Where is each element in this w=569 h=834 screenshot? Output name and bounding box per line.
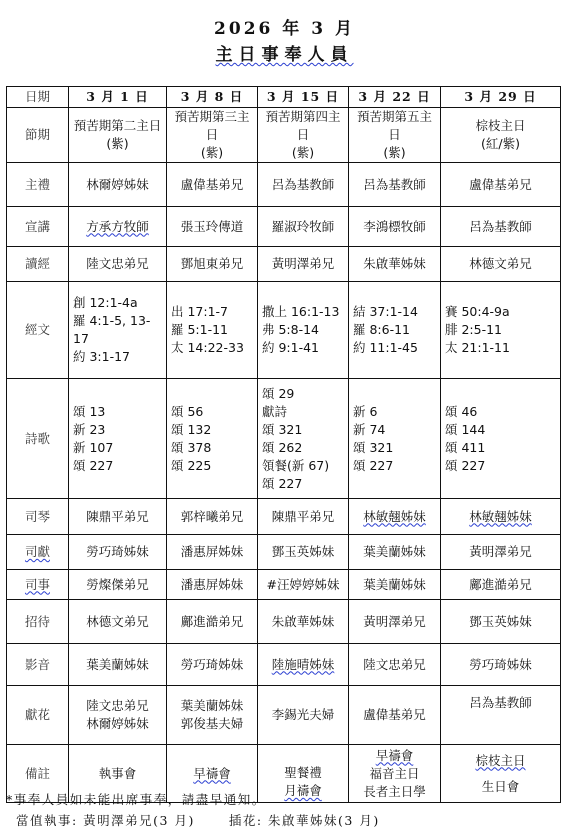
season-name: 預苦期第四主日	[260, 108, 346, 144]
season-color: (紫)	[351, 144, 438, 162]
pianist-row: 司琴 陳鼎平弟兄 郭梓曦弟兄 陳鼎平弟兄 林敏翹姊妹 林敏翹姊妹	[7, 499, 561, 535]
offering-cell: 潘惠屏姊妹	[167, 535, 258, 570]
hymn-item: 頌 378	[171, 439, 255, 457]
pianist-cell: 郭梓曦弟兄	[167, 499, 258, 535]
remark-item: 棕枝主日	[443, 752, 558, 770]
scripture-ref: 約 11:1-45	[353, 339, 438, 357]
schedule-table: 日期 3 月 1 日 3 月 8 日 3 月 15 日 3 月 22 日 3 月…	[6, 86, 561, 803]
steward-cell: #汪婷婷姊妹	[258, 570, 349, 600]
date-cell: 3 月 1 日	[69, 87, 167, 108]
hymn-item: 頌 56	[171, 403, 255, 421]
page-subtitle: 主日事奉人員	[216, 45, 354, 65]
reader-cell: 陸文忠弟兄	[69, 247, 167, 282]
av-cell: 勞巧琦姊妹	[167, 644, 258, 686]
presider-cell: 盧偉基弟兄	[441, 163, 561, 207]
usher-cell: 黃明澤弟兄	[349, 600, 441, 644]
flower-arranger: 插花: 朱啟華姊妹(3 月)	[229, 813, 380, 828]
scripture-ref: 羅 4:1-5, 13-17	[73, 312, 164, 348]
season-cell: 預苦期第二主日(紫)	[69, 108, 167, 163]
flowers-name: 郭俊基夫婦	[169, 715, 255, 733]
date-cell: 3 月 29 日	[441, 87, 561, 108]
reader-cell: 鄧旭東弟兄	[167, 247, 258, 282]
scripture-ref: 羅 5:1-11	[171, 321, 255, 339]
remark-item: 聖餐禮	[260, 764, 346, 782]
hymn-item: 頌 227	[353, 457, 438, 475]
offering-row: 司獻 勞巧琦姊妹 潘惠屏姊妹 鄧玉英姊妹 葉美蘭姊妹 黃明澤弟兄	[7, 535, 561, 570]
av-cell: 陸施晴姊妹	[258, 644, 349, 686]
pianist-cell: 林敏翹姊妹	[349, 499, 441, 535]
row-label-av: 影音	[7, 644, 69, 686]
hymn-item: 頌 29	[262, 385, 346, 403]
presider-cell: 盧偉基弟兄	[167, 163, 258, 207]
reader-cell: 朱啟華姊妹	[349, 247, 441, 282]
preacher-cell: 李鴻標牧師	[349, 207, 441, 247]
steward-cell: 鄺進澔弟兄	[441, 570, 561, 600]
hymn-item: 頌 227	[262, 475, 346, 493]
scripture-cell: 出 17:1-7 羅 5:1-11 太 14:22-33	[167, 282, 258, 379]
date-cell: 3 月 8 日	[167, 87, 258, 108]
duty-line: 當值執事: 黃明澤弟兄(3 月)插花: 朱啟華姊妹(3 月)	[16, 811, 380, 829]
presider-row: 主禮 林爾婷姊妹 盧偉基弟兄 呂為基教師 呂為基教師 盧偉基弟兄	[7, 163, 561, 207]
season-name: 預苦期第五主日	[351, 108, 438, 144]
remark-item: 早禱會	[169, 765, 255, 783]
steward-cell: 潘惠屏姊妹	[167, 570, 258, 600]
season-cell: 預苦期第四主日(紫)	[258, 108, 349, 163]
pianist-name: 林敏翹姊妹	[363, 509, 426, 524]
flowers-name: 李錫光夫婦	[260, 706, 346, 724]
hymn-item: 頌 227	[445, 457, 558, 475]
flowers-cell: 葉美蘭姊妹 郭俊基夫婦	[167, 686, 258, 745]
flowers-cell: 陸文忠弟兄 林爾婷姊妹	[69, 686, 167, 745]
preacher-cell: 張玉玲傳道	[167, 207, 258, 247]
remark-text: 月禱會	[284, 783, 322, 798]
hymn-item: 頌 227	[73, 457, 164, 475]
preacher-row: 宣講 方承方牧師 張玉玲傳道 羅淑玲牧師 李鴻標牧師 呂為基教師	[7, 207, 561, 247]
remarks-cell: 早禱會 福音主日 長者主日學	[349, 745, 441, 803]
season-cell: 預苦期第五主日(紫)	[349, 108, 441, 163]
date-cell: 3 月 15 日	[258, 87, 349, 108]
hymn-item: 頌 321	[353, 439, 438, 457]
season-name: 棕枝主日	[443, 117, 558, 135]
scripture-ref: 羅 8:6-11	[353, 321, 438, 339]
offering-cell: 黃明澤弟兄	[441, 535, 561, 570]
pianist-cell: 陳鼎平弟兄	[69, 499, 167, 535]
hymn-item: 頌 132	[171, 421, 255, 439]
season-row: 節期 預苦期第二主日(紫) 預苦期第三主日(紫) 預苦期第四主日(紫) 預苦期第…	[7, 108, 561, 163]
hymn-item: 頌 225	[171, 457, 255, 475]
row-label-presider: 主禮	[7, 163, 69, 207]
av-cell: 勞巧琦姊妹	[441, 644, 561, 686]
pianist-name: 林敏翹姊妹	[469, 509, 532, 524]
pianist-cell: 林敏翹姊妹	[441, 499, 561, 535]
steward-cell: 勞燦傑弟兄	[69, 570, 167, 600]
row-label-date: 日期	[7, 87, 69, 108]
usher-cell: 林德文弟兄	[69, 600, 167, 644]
scripture-row: 經文 創 12:1-4a 羅 4:1-5, 13-17 約 3:1-17 出 1…	[7, 282, 561, 379]
row-label-usher: 招待	[7, 600, 69, 644]
offering-label: 司獻	[25, 544, 50, 559]
remarks-cell: 聖餐禮 月禱會	[258, 745, 349, 803]
usher-cell: 鄧玉英姊妹	[441, 600, 561, 644]
season-name: 預苦期第三主日	[169, 108, 255, 144]
remark-item: 生日會	[443, 778, 558, 796]
steward-row: 司事 勞燦傑弟兄 潘惠屏姊妹 #汪婷婷姊妹 葉美蘭姊妹 鄺進澔弟兄	[7, 570, 561, 600]
hymns-cell: 頌 29 獻詩 頌 321 頌 262 領餐(新 67) 頌 227	[258, 379, 349, 499]
reader-cell: 黃明澤弟兄	[258, 247, 349, 282]
preacher-cell: 方承方牧師	[69, 207, 167, 247]
flowers-name: 呂為基教師	[443, 694, 558, 712]
hymns-cell: 新 6 新 74 頌 321 頌 227	[349, 379, 441, 499]
scripture-ref: 太 14:22-33	[171, 339, 255, 357]
remark-text: 棕枝主日	[475, 753, 525, 768]
hymn-item: 頌 13	[73, 403, 164, 421]
reader-cell: 林德文弟兄	[441, 247, 561, 282]
season-cell: 預苦期第三主日(紫)	[167, 108, 258, 163]
av-cell: 葉美蘭姊妹	[69, 644, 167, 686]
duty-deacon: 當值執事: 黃明澤弟兄(3 月)	[16, 813, 195, 828]
row-label-hymns: 詩歌	[7, 379, 69, 499]
usher-cell: 鄺進澔弟兄	[167, 600, 258, 644]
offering-cell: 鄧玉英姊妹	[258, 535, 349, 570]
header-row: 日期 3 月 1 日 3 月 8 日 3 月 15 日 3 月 22 日 3 月…	[7, 87, 561, 108]
scripture-ref: 創 12:1-4a	[73, 294, 164, 312]
date-cell: 3 月 22 日	[349, 87, 441, 108]
remark-item: 早禱會	[351, 747, 438, 765]
flowers-cell: 呂為基教師	[441, 686, 561, 745]
flowers-name: 盧偉基弟兄	[351, 706, 438, 724]
steward-cell: 葉美蘭姊妹	[349, 570, 441, 600]
scripture-ref: 腓 2:5-11	[445, 321, 558, 339]
remark-text: 早禱會	[376, 748, 414, 763]
row-label-offering: 司獻	[7, 535, 69, 570]
scripture-ref: 出 17:1-7	[171, 303, 255, 321]
hymn-item: 獻詩	[262, 403, 346, 421]
scripture-ref: 太 21:1-11	[445, 339, 558, 357]
flowers-cell: 盧偉基弟兄	[349, 686, 441, 745]
presider-cell: 林爾婷姊妹	[69, 163, 167, 207]
scripture-ref: 約 3:1-17	[73, 348, 164, 366]
hymn-item: 新 74	[353, 421, 438, 439]
remark-item: 長者主日學	[351, 783, 438, 801]
av-name: 陸施晴姊妹	[272, 657, 335, 672]
flowers-name: 葉美蘭姊妹	[169, 697, 255, 715]
flowers-row: 獻花 陸文忠弟兄 林爾婷姊妹 葉美蘭姊妹 郭俊基夫婦 李錫光夫婦 盧偉基弟兄 呂…	[7, 686, 561, 745]
preacher-name: 方承方牧師	[86, 219, 149, 234]
season-color: (紅/紫)	[443, 135, 558, 153]
presider-cell: 呂為基教師	[258, 163, 349, 207]
remark-item: 月禱會	[260, 782, 346, 800]
footnote: *事奉人員如未能出席事奉，請盡早通知。	[6, 790, 266, 808]
hymn-item: 頌 144	[445, 421, 558, 439]
remark-item: 福音主日	[351, 765, 438, 783]
hymn-item: 頌 262	[262, 439, 346, 457]
scripture-cell: 撒上 16:1-13 弗 5:8-14 約 9:1-41	[258, 282, 349, 379]
remarks-cell: 棕枝主日 生日會	[441, 745, 561, 803]
hymns-cell: 頌 56 頌 132 頌 378 頌 225	[167, 379, 258, 499]
offering-cell: 葉美蘭姊妹	[349, 535, 441, 570]
steward-label: 司事	[25, 577, 50, 592]
scripture-ref: 約 9:1-41	[262, 339, 346, 357]
scripture-ref: 弗 5:8-14	[262, 321, 346, 339]
usher-cell: 朱啟華姊妹	[258, 600, 349, 644]
usher-row: 招待 林德文弟兄 鄺進澔弟兄 朱啟華姊妹 黃明澤弟兄 鄧玉英姊妹	[7, 600, 561, 644]
scripture-ref: 結 37:1-14	[353, 303, 438, 321]
row-label-pianist: 司琴	[7, 499, 69, 535]
flowers-cell: 李錫光夫婦	[258, 686, 349, 745]
hymn-item: 頌 321	[262, 421, 346, 439]
av-row: 影音 葉美蘭姊妹 勞巧琦姊妹 陸施晴姊妹 陸文忠弟兄 勞巧琦姊妹	[7, 644, 561, 686]
flowers-name: 林爾婷姊妹	[71, 715, 164, 733]
presider-cell: 呂為基教師	[349, 163, 441, 207]
av-cell: 陸文忠弟兄	[349, 644, 441, 686]
season-color: (紫)	[169, 144, 255, 162]
season-name: 預苦期第二主日	[71, 117, 164, 135]
hymn-item: 新 107	[73, 439, 164, 457]
scripture-cell: 創 12:1-4a 羅 4:1-5, 13-17 約 3:1-17	[69, 282, 167, 379]
pianist-cell: 陳鼎平弟兄	[258, 499, 349, 535]
hymns-row: 詩歌 頌 13 新 23 新 107 頌 227 頌 56 頌 132 頌 37…	[7, 379, 561, 499]
row-label-reader: 讀經	[7, 247, 69, 282]
hymn-item: 新 23	[73, 421, 164, 439]
preacher-cell: 呂為基教師	[441, 207, 561, 247]
offering-cell: 勞巧琦姊妹	[69, 535, 167, 570]
season-color: (紫)	[260, 144, 346, 162]
hymns-cell: 頌 46 頌 144 頌 411 頌 227	[441, 379, 561, 499]
reader-row: 讀經 陸文忠弟兄 鄧旭東弟兄 黃明澤弟兄 朱啟華姊妹 林德文弟兄	[7, 247, 561, 282]
row-label-flowers: 獻花	[7, 686, 69, 745]
hymn-item: 新 6	[353, 403, 438, 421]
scripture-cell: 賽 50:4-9a 腓 2:5-11 太 21:1-11	[441, 282, 561, 379]
scripture-ref: 撒上 16:1-13	[262, 303, 346, 321]
season-cell: 棕枝主日(紅/紫)	[441, 108, 561, 163]
remark-item: 執事會	[71, 765, 164, 783]
flowers-name: 陸文忠弟兄	[71, 697, 164, 715]
row-label-scripture: 經文	[7, 282, 69, 379]
scripture-ref: 賽 50:4-9a	[445, 303, 558, 321]
preacher-cell: 羅淑玲牧師	[258, 207, 349, 247]
season-color: (紫)	[71, 135, 164, 153]
page-title: 主日事奉人員	[0, 40, 569, 65]
hymn-item: 頌 411	[445, 439, 558, 457]
hymn-item: 頌 46	[445, 403, 558, 421]
scripture-cell: 結 37:1-14 羅 8:6-11 約 11:1-45	[349, 282, 441, 379]
page-title-month: 2026 年 3 月	[0, 14, 569, 39]
row-label-season: 節期	[7, 108, 69, 163]
hymns-cell: 頌 13 新 23 新 107 頌 227	[69, 379, 167, 499]
row-label-steward: 司事	[7, 570, 69, 600]
hymn-item: 領餐(新 67)	[262, 457, 346, 475]
row-label-preacher: 宣講	[7, 207, 69, 247]
